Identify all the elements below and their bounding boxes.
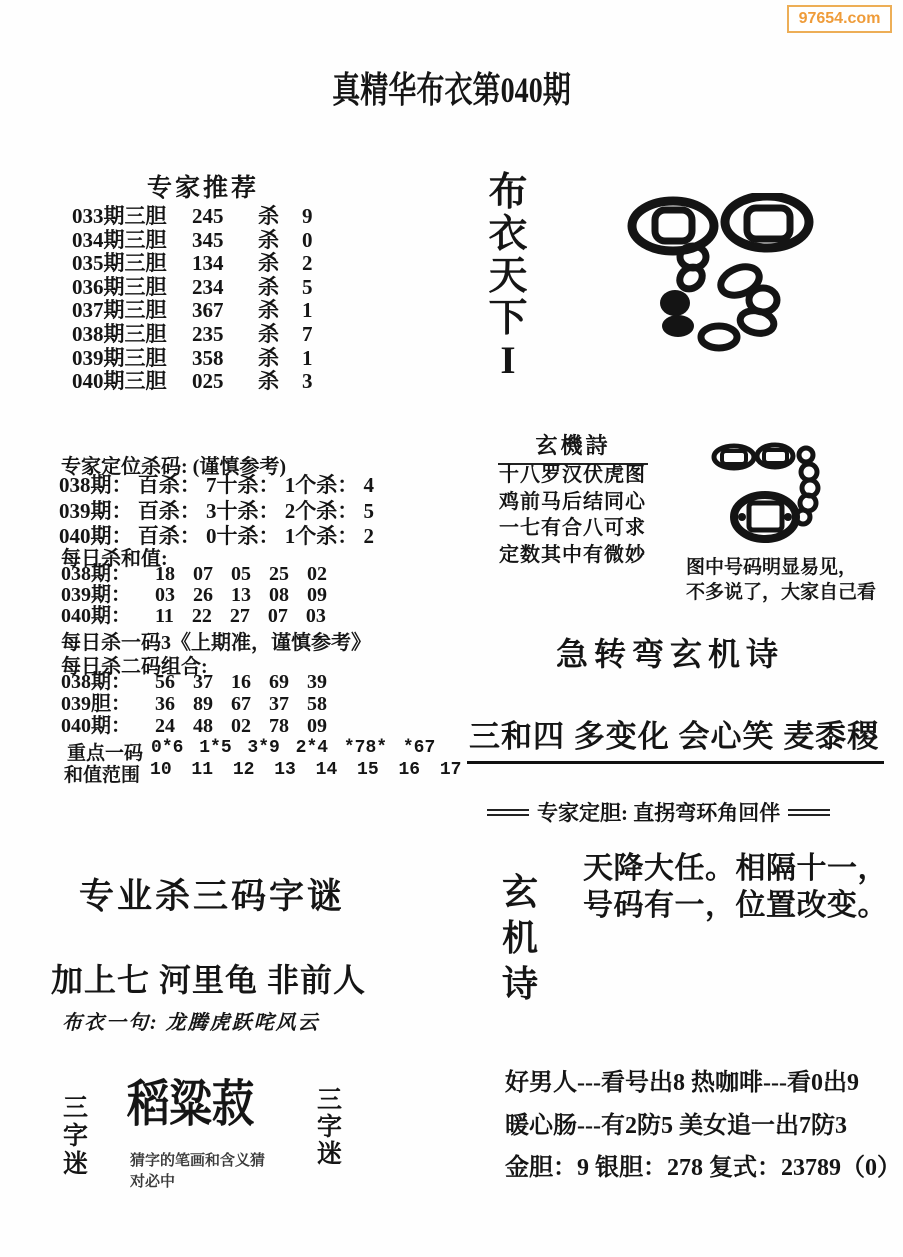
kill-value: 1 bbox=[302, 299, 320, 323]
issue-label: 039期三胆 bbox=[72, 347, 192, 371]
daily-kill-sum-row: 040期：11 22 27 07 03 bbox=[61, 606, 327, 627]
kill-label: 杀 bbox=[258, 205, 302, 229]
kill-values: 18 07 05 25 02 bbox=[155, 564, 327, 585]
kill-label: 杀 bbox=[258, 276, 302, 300]
poem-line: 号码有一，位置改变。 bbox=[583, 887, 888, 924]
pair-values: 24 48 02 78 09 bbox=[155, 715, 327, 737]
page-title: 真精华布衣第040期 bbox=[99, 62, 803, 113]
xuanji-right-lines: 天降大任。相隔十一， 号码有一，位置改变。 bbox=[583, 850, 888, 924]
daily-kill-sum-row: 038期：18 07 05 25 02 bbox=[61, 564, 327, 585]
sum-range-values: 10 11 12 13 14 15 16 17 bbox=[150, 760, 461, 787]
kill-values: 11 22 27 07 03 bbox=[155, 606, 326, 627]
expert-recommend-list: 033期三胆245杀9 034期三胆345杀0 035期三胆134杀2 036期… bbox=[72, 205, 320, 394]
sum-range-label: 和值范围 bbox=[64, 760, 140, 787]
kill-values: 03 26 13 08 09 bbox=[155, 585, 327, 606]
kill-label: 杀 bbox=[258, 347, 302, 371]
kill-label: 杀 bbox=[258, 252, 302, 276]
watermark-badge: 97654.com bbox=[787, 5, 892, 33]
watermark-text: 97654.com bbox=[799, 10, 881, 28]
kill-three-riddle: 加上七 河里龟 非前人 bbox=[51, 955, 366, 1001]
double-line-right bbox=[788, 809, 830, 816]
dan-value: 245 bbox=[192, 205, 258, 229]
poem-line: 定数其中有微妙 bbox=[499, 542, 646, 569]
pair-values: 56 37 16 69 39 bbox=[155, 671, 327, 693]
kill-label: 杀 bbox=[258, 229, 302, 253]
expert-dan-text: 专家定胆: 直拐弯环角回伴 bbox=[537, 797, 780, 827]
expert-dan-strip: 专家定胆: 直拐弯环角回伴 bbox=[487, 797, 830, 827]
issue-label: 040期： bbox=[61, 606, 155, 627]
poem-line: 鸡前马后结同心 bbox=[499, 489, 646, 516]
three-char-riddle-hints: 猜字的笔画和含义猜 对必中 bbox=[130, 1151, 265, 1193]
issue-label: 033期三胆 bbox=[72, 205, 192, 229]
daily-kill-pairs-row: 038期：56 37 16 69 39 bbox=[61, 671, 327, 693]
three-char-riddle-left-label: 三字迷 bbox=[59, 1095, 92, 1179]
xuanji-right-vertical-title: 玄机诗 bbox=[500, 869, 540, 1007]
kill-label: 杀 bbox=[258, 323, 302, 347]
kill-value: 7 bbox=[302, 323, 320, 347]
dan-value: 025 bbox=[192, 370, 258, 394]
position-kill-row: 039期： 百杀： 3十杀： 2个杀： 5 bbox=[59, 499, 374, 525]
recommend-row: 039期三胆358杀1 bbox=[72, 347, 320, 371]
recommend-row: 037期三胆367杀1 bbox=[72, 299, 320, 323]
issue-label: 038期： bbox=[61, 564, 155, 585]
three-char-riddle-answer: 稻粱菽 bbox=[127, 1064, 255, 1136]
double-line-left bbox=[487, 809, 529, 816]
kill-value: 0 bbox=[302, 229, 320, 253]
expert-recommend-title: 专家推荐 bbox=[147, 168, 259, 204]
issue-label: 040期三胆 bbox=[72, 370, 192, 394]
daily-kill-sum-row: 039期：03 26 13 08 09 bbox=[61, 585, 327, 606]
coins-sketch-small bbox=[703, 441, 831, 551]
issue-label: 039期： bbox=[61, 585, 155, 606]
sketch-caption: 图中号码明显易见， 不多说了，大家自己看 bbox=[686, 555, 876, 605]
poem-line: 天降大任。相隔十一， bbox=[583, 850, 888, 887]
daily-kill-pairs-row: 039胆：36 89 67 37 58 bbox=[61, 693, 327, 715]
issue-label: 039胆： bbox=[61, 693, 155, 715]
bottom-right-predictions: 好男人---看号出8 热咖啡---看0出9 暖心肠---有2防5 美女追一出7防… bbox=[505, 1062, 901, 1190]
sharp-turn-title: 急转弯玄机诗 bbox=[460, 629, 880, 675]
prediction-line: 暖心肠---有2防5 美女追一出7防3 bbox=[505, 1105, 901, 1148]
recommend-row: 034期三胆345杀0 bbox=[72, 229, 320, 253]
recommend-row: 038期三胆235杀7 bbox=[72, 323, 320, 347]
daily-kill-sum-list: 038期：18 07 05 25 02 039期：03 26 13 08 09 … bbox=[61, 564, 327, 626]
hint-line: 猜字的笔画和含义猜 bbox=[130, 1151, 265, 1172]
issue-label: 037期三胆 bbox=[72, 299, 192, 323]
kill-label: 杀 bbox=[258, 370, 302, 394]
buyi-tianxia-vertical-title: 布衣天下I bbox=[486, 172, 530, 382]
dan-value: 345 bbox=[192, 229, 258, 253]
kill-label: 杀 bbox=[258, 299, 302, 323]
xuanji-poem-lines: 十八罗汉伏虎图 鸡前马后结同心 一七有合八可求 定数其中有微妙 bbox=[499, 462, 646, 568]
dan-value: 367 bbox=[192, 299, 258, 323]
poem-line: 十八罗汉伏虎图 bbox=[499, 462, 646, 489]
poem-line: 一七有合八可求 bbox=[499, 515, 646, 542]
kill-value: 9 bbox=[302, 205, 320, 229]
pair-values: 36 89 67 37 58 bbox=[155, 693, 327, 715]
buyi-sentence: 布衣一句: 龙腾虎跃咤风云 bbox=[62, 1006, 320, 1035]
issue-label: 034期三胆 bbox=[72, 229, 192, 253]
prediction-line: 好男人---看号出8 热咖啡---看0出9 bbox=[505, 1062, 901, 1105]
issue-label: 040期： bbox=[61, 715, 155, 737]
issue-label: 038期三胆 bbox=[72, 323, 192, 347]
coins-sketch-large bbox=[622, 193, 814, 355]
dan-value: 134 bbox=[192, 252, 258, 276]
daily-kill-pairs-row: 040期：24 48 02 78 09 bbox=[61, 715, 327, 737]
dan-value: 234 bbox=[192, 276, 258, 300]
kill-value: 2 bbox=[302, 252, 320, 276]
dan-value: 235 bbox=[192, 323, 258, 347]
issue-label: 038期： bbox=[61, 671, 155, 693]
caption-line: 图中号码明显易见， bbox=[686, 555, 876, 580]
kill-value: 3 bbox=[302, 370, 320, 394]
sharp-turn-riddle: 三和四 多变化 会心笑 麦黍稷 bbox=[467, 711, 884, 764]
issue-label: 036期三胆 bbox=[72, 276, 192, 300]
three-char-riddle-right-label: 三字迷 bbox=[313, 1087, 346, 1168]
recommend-row: 033期三胆245杀9 bbox=[72, 205, 320, 229]
position-kill-list: 038期： 百杀： 7十杀： 1个杀： 4 039期： 百杀： 3十杀： 2个杀… bbox=[59, 473, 374, 550]
recommend-row: 035期三胆134杀2 bbox=[72, 252, 320, 276]
recommend-row: 036期三胆234杀5 bbox=[72, 276, 320, 300]
lottery-tip-sheet: 97654.com 真精华布衣第040期 专家推荐 033期三胆245杀9 03… bbox=[0, 0, 903, 1257]
xuanji-poem-title: 玄機詩 bbox=[498, 429, 648, 465]
prediction-line: 金胆：9 银胆：278 复式：23789（0） bbox=[505, 1147, 901, 1190]
kill-value: 5 bbox=[302, 276, 320, 300]
daily-kill-pairs-list: 038期：56 37 16 69 39 039胆：36 89 67 37 58 … bbox=[61, 671, 327, 737]
sum-range-row: 和值范围 10 11 12 13 14 15 16 17 bbox=[64, 760, 461, 787]
issue-label: 035期三胆 bbox=[72, 252, 192, 276]
dan-value: 358 bbox=[192, 347, 258, 371]
caption-line: 不多说了，大家自己看 bbox=[686, 580, 876, 605]
kill-value: 1 bbox=[302, 347, 320, 371]
position-kill-row: 038期： 百杀： 7十杀： 1个杀： 4 bbox=[59, 473, 374, 499]
hint-line: 对必中 bbox=[130, 1172, 265, 1193]
kill-three-title: 专业杀三码字谜 bbox=[79, 869, 345, 919]
recommend-row: 040期三胆025杀3 bbox=[72, 370, 320, 394]
